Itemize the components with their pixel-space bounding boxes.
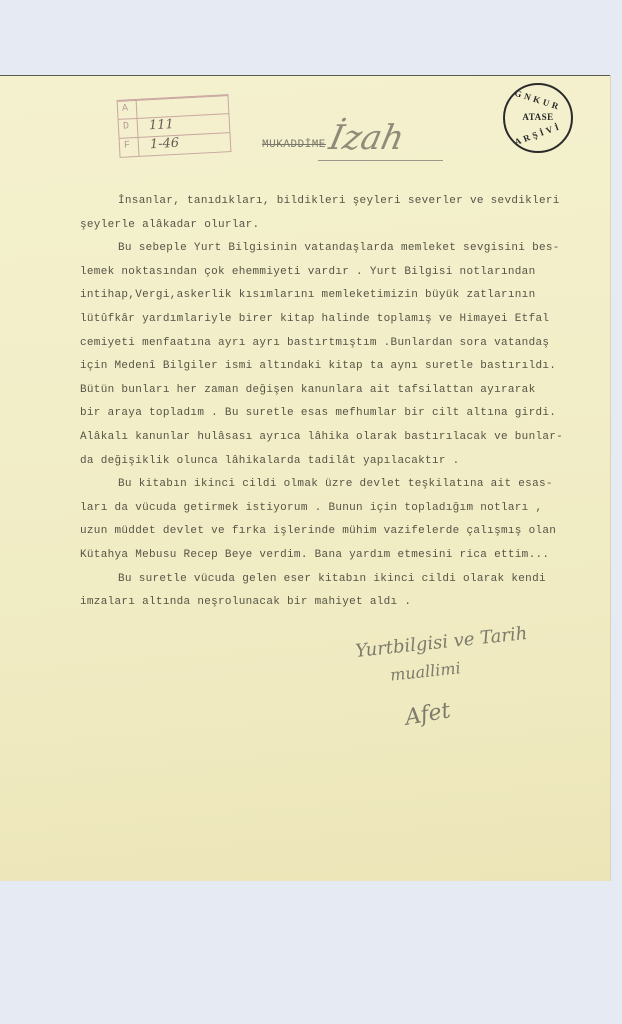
body-line: bir araya topladım . Bu suretle esas mef…: [80, 402, 595, 426]
body-line: intihap,Vergi,askerlik kısımlarını memle…: [80, 284, 595, 308]
body-line: ları da vücuda getirmek istiyorum . Bunu…: [80, 497, 595, 521]
body-line: Kütahya Mebusu Recep Beye verdim. Bana y…: [80, 544, 595, 568]
body-line: Bu suretle vücuda gelen eser kitabın iki…: [80, 568, 595, 592]
body-line: Alâkalı kanunlar hulâsası ayrıca lâhika …: [80, 426, 595, 450]
ref-label: D: [123, 121, 130, 132]
typed-body: İnsanlar, tanıdıkları, bildikleri şeyler…: [80, 190, 595, 615]
ref-value: 111: [149, 117, 175, 133]
title-underline: [318, 160, 443, 161]
handwritten-title: İzah: [326, 118, 408, 158]
body-line: için Medenî Bilgiler ismi altındaki kita…: [80, 355, 595, 379]
body-line: uzun müddet devlet ve fırka işlerinde mü…: [80, 520, 595, 544]
body-line: imzaları altında neşrolunacak bir mahiye…: [80, 591, 595, 615]
ref-label: A: [122, 103, 129, 114]
body-line: İnsanlar, tanıdıkları, bildikleri şeyler…: [80, 190, 595, 214]
body-line: da değişiklik olunca lâhikalarda tadilât…: [80, 450, 595, 474]
body-line: cemiyeti menfaatına ayrı ayrı bastırtmış…: [80, 332, 595, 356]
body-line: şeylerle alâkadar olurlar.: [80, 214, 595, 238]
body-line: Bütün bunları her zaman değişen kanunlar…: [80, 379, 595, 403]
ref-label: F: [124, 140, 131, 151]
body-line: Bu kitabın ikinci cildi olmak üzre devle…: [80, 473, 595, 497]
ref-value: 1-46: [150, 136, 180, 153]
body-line: lemek noktasından çok ehemmiyeti vardır …: [80, 261, 595, 285]
struck-heading: MUKADDİME: [262, 139, 326, 151]
archive-reference-box: A D 111 F 1-46: [117, 94, 232, 158]
archive-stamp: GNKUR ATASE ARŞİVİ: [503, 83, 573, 153]
body-line: lütûfkâr yardımlariyle birer kitap halin…: [80, 308, 595, 332]
body-line: Bu sebeple Yurt Bilgisinin vatandaşlarda…: [80, 237, 595, 261]
